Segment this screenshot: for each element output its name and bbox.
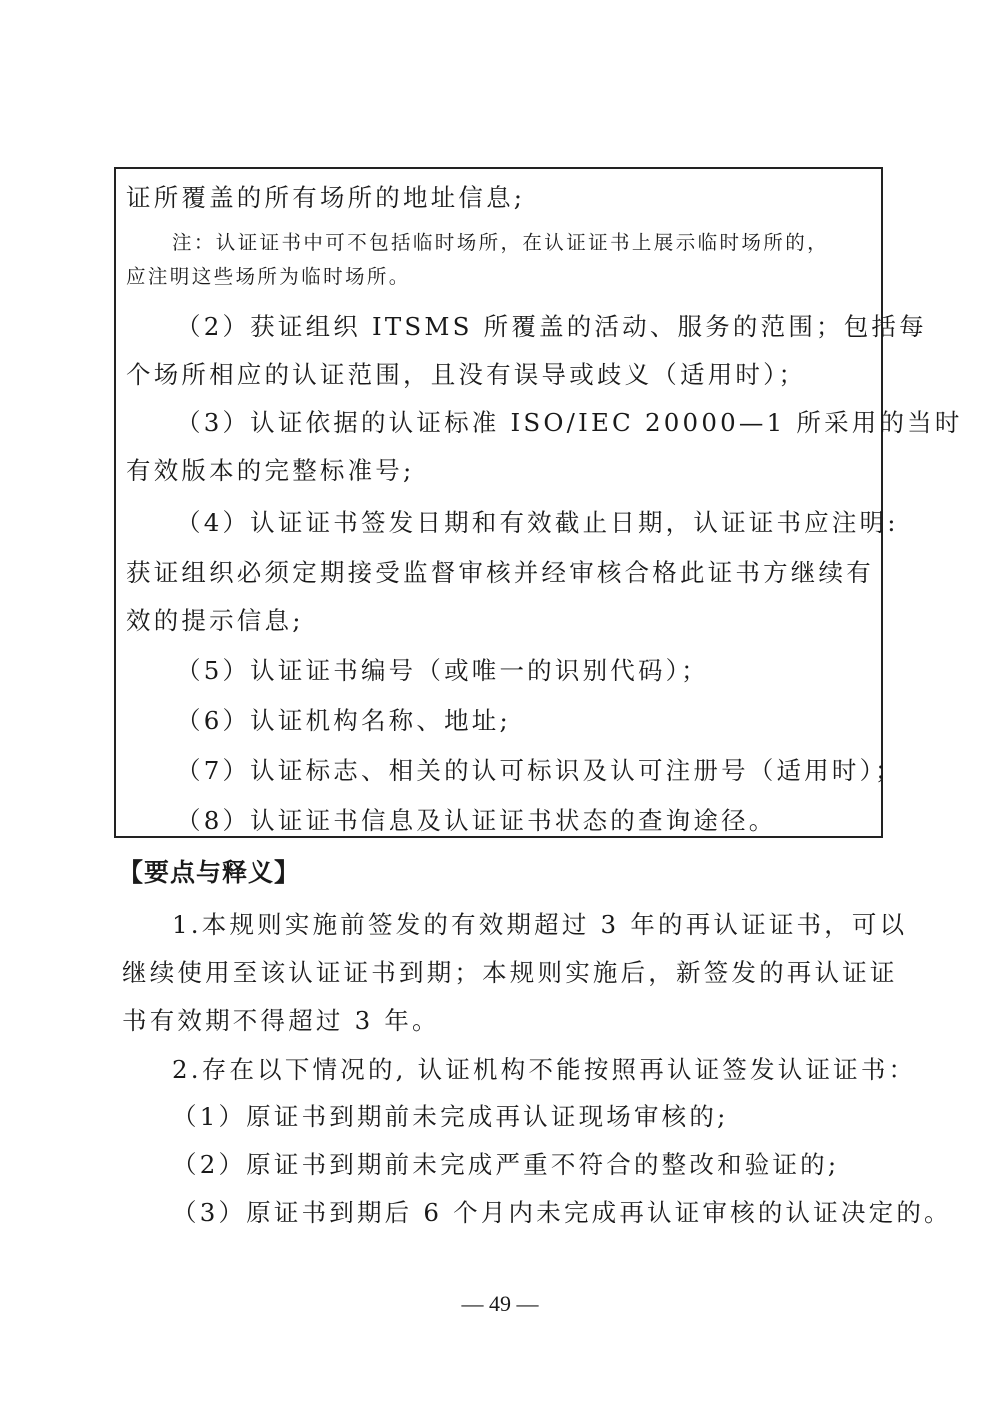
box-line: （4）认证证书签发日期和有效截止日期，认证证书应注明: xyxy=(176,508,899,538)
box-line: （8）认证证书信息及认证证书状态的查询途径。 xyxy=(176,806,777,836)
body-line: 2.存在以下情况的, 认证机构不能按照再认证签发认证证书： xyxy=(172,1055,916,1085)
box-line: 个场所相应的认证范围，且没有误导或歧义（适用时）； xyxy=(126,360,806,390)
box-line: 有效版本的完整标准号; xyxy=(126,456,414,486)
box-line: 效的提示信息; xyxy=(126,606,304,636)
section-heading: 【要点与释义】 xyxy=(118,858,300,888)
page-number: — 49 — xyxy=(0,1291,1000,1317)
box-line: （5）认证证书编号（或唯一的识别代码）； xyxy=(176,656,709,686)
note-line: 注：认证证书中可不包括临时场所，在认证证书上展示临时场所的， xyxy=(172,228,829,258)
box-line: 证所覆盖的所有场所的地址信息; xyxy=(126,183,525,213)
body-line: （2）原证书到期前未完成严重不符合的整改和验证的; xyxy=(172,1150,839,1180)
box-line: （3）认证依据的认证标准 ISO/IEC 20000—1 所采用的当时 xyxy=(176,408,963,438)
body-line: 书有效期不得超过 3 年。 xyxy=(122,1006,440,1036)
note-line: 应注明这些场所为临时场所。 xyxy=(126,262,411,292)
body-line: 继续使用至该认证证书到期；本规则实施后，新签发的再认证证 xyxy=(122,958,898,988)
box-line: 获证组织必须定期接受监督审核并经审核合格此证书方继续有 xyxy=(126,558,874,588)
body-line: （3）原证书到期后 6 个月内未完成再认证审核的认证决定的。 xyxy=(172,1198,952,1228)
body-line: （1）原证书到期前未完成再认证现场审核的; xyxy=(172,1102,729,1132)
body-line: 1.本规则实施前签发的有效期超过 3 年的再认证证书，可以 xyxy=(172,910,907,940)
box-line: （6）认证机构名称、地址; xyxy=(176,706,511,736)
box-line: （7）认证标志、相关的认可标识及认可注册号（适用时）； xyxy=(176,756,903,786)
box-line: （2）获证组织 ITSMS 所覆盖的活动、服务的范围；包括每 xyxy=(176,312,927,342)
